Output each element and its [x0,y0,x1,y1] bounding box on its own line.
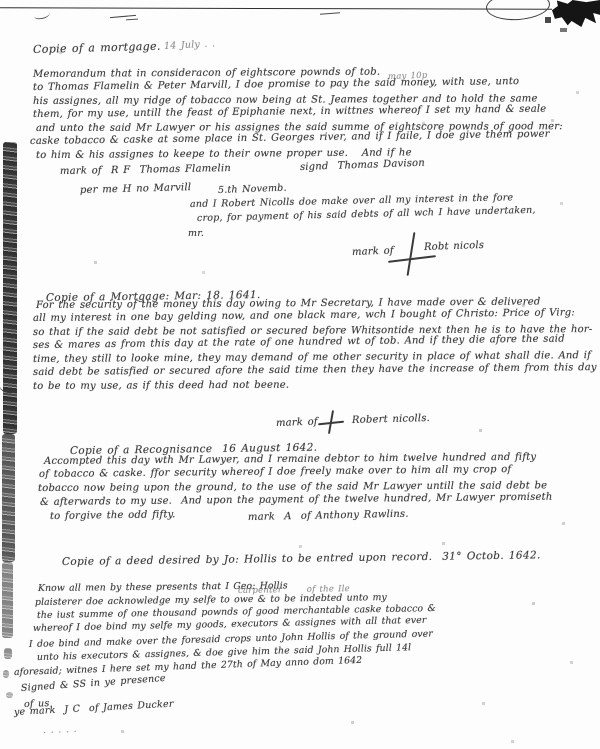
manuscript-line: to forgive the odd fifty. [50,510,176,522]
witness-signature: mark of R F Thomas Flamelin [60,164,231,177]
pen-flourish [33,9,50,20]
cross-stroke [388,255,436,263]
added-note-date: 5.th Novemb. [218,184,287,196]
manuscript-line: said debt be satisfied or secured afore … [33,363,597,378]
manuscript-line: them, for my use, untill the feast of Ep… [33,105,547,120]
signature-anthony-rawlins: mark A of Anthony Rawlins. [248,510,409,523]
binding-edge-fragment [4,648,12,659]
binding-edge [2,434,15,562]
cross-stroke [407,232,416,276]
mark-label: mark of [276,418,318,429]
ruled-line [0,7,552,10]
pen-dash [320,12,340,14]
manuscript-line: all my interest in one bay gelding now, … [33,308,575,324]
ink-blot-speck [545,17,551,23]
mark-name: Robert nicolls. [352,414,430,426]
ink-blot-icon [551,0,600,27]
binding-edge-fragment [3,670,9,678]
paper-noise [0,0,1,1]
mark-name: Robt nicols [424,241,484,253]
signature-cross-icon [388,234,436,276]
manuscript-line: & afterwards to my use. And upon the pay… [40,493,553,508]
oval-stamp-icon [485,0,551,22]
signature-thomas-davison: signd Thomas Davison [300,159,425,173]
manuscript-line: of tobacco & caske. ffor security whereo… [39,465,512,480]
manuscript-page: Copie of a mortgage. 14 July . . may 10p… [0,0,600,749]
binding-edge-fragment [6,692,13,698]
added-note-line: mr. [188,229,204,239]
pen-dash [126,19,138,21]
manuscript-line: to be to my use, as if this deed had not… [33,381,289,392]
attestation-line: . . . . . [43,725,77,736]
ink-blot-speck [560,28,567,32]
signature-cross-icon [318,410,344,434]
section-heading-mortgage-1: Copie of a mortgage. [33,41,161,55]
section-heading-deed: Copie of a deed desired by Jo: Hollis to… [62,550,541,567]
binding-edge [2,562,13,638]
date-annotation: 14 July . . [164,39,216,51]
pen-dash [110,15,136,18]
witness-signature: per me H no Marvill [80,183,191,196]
